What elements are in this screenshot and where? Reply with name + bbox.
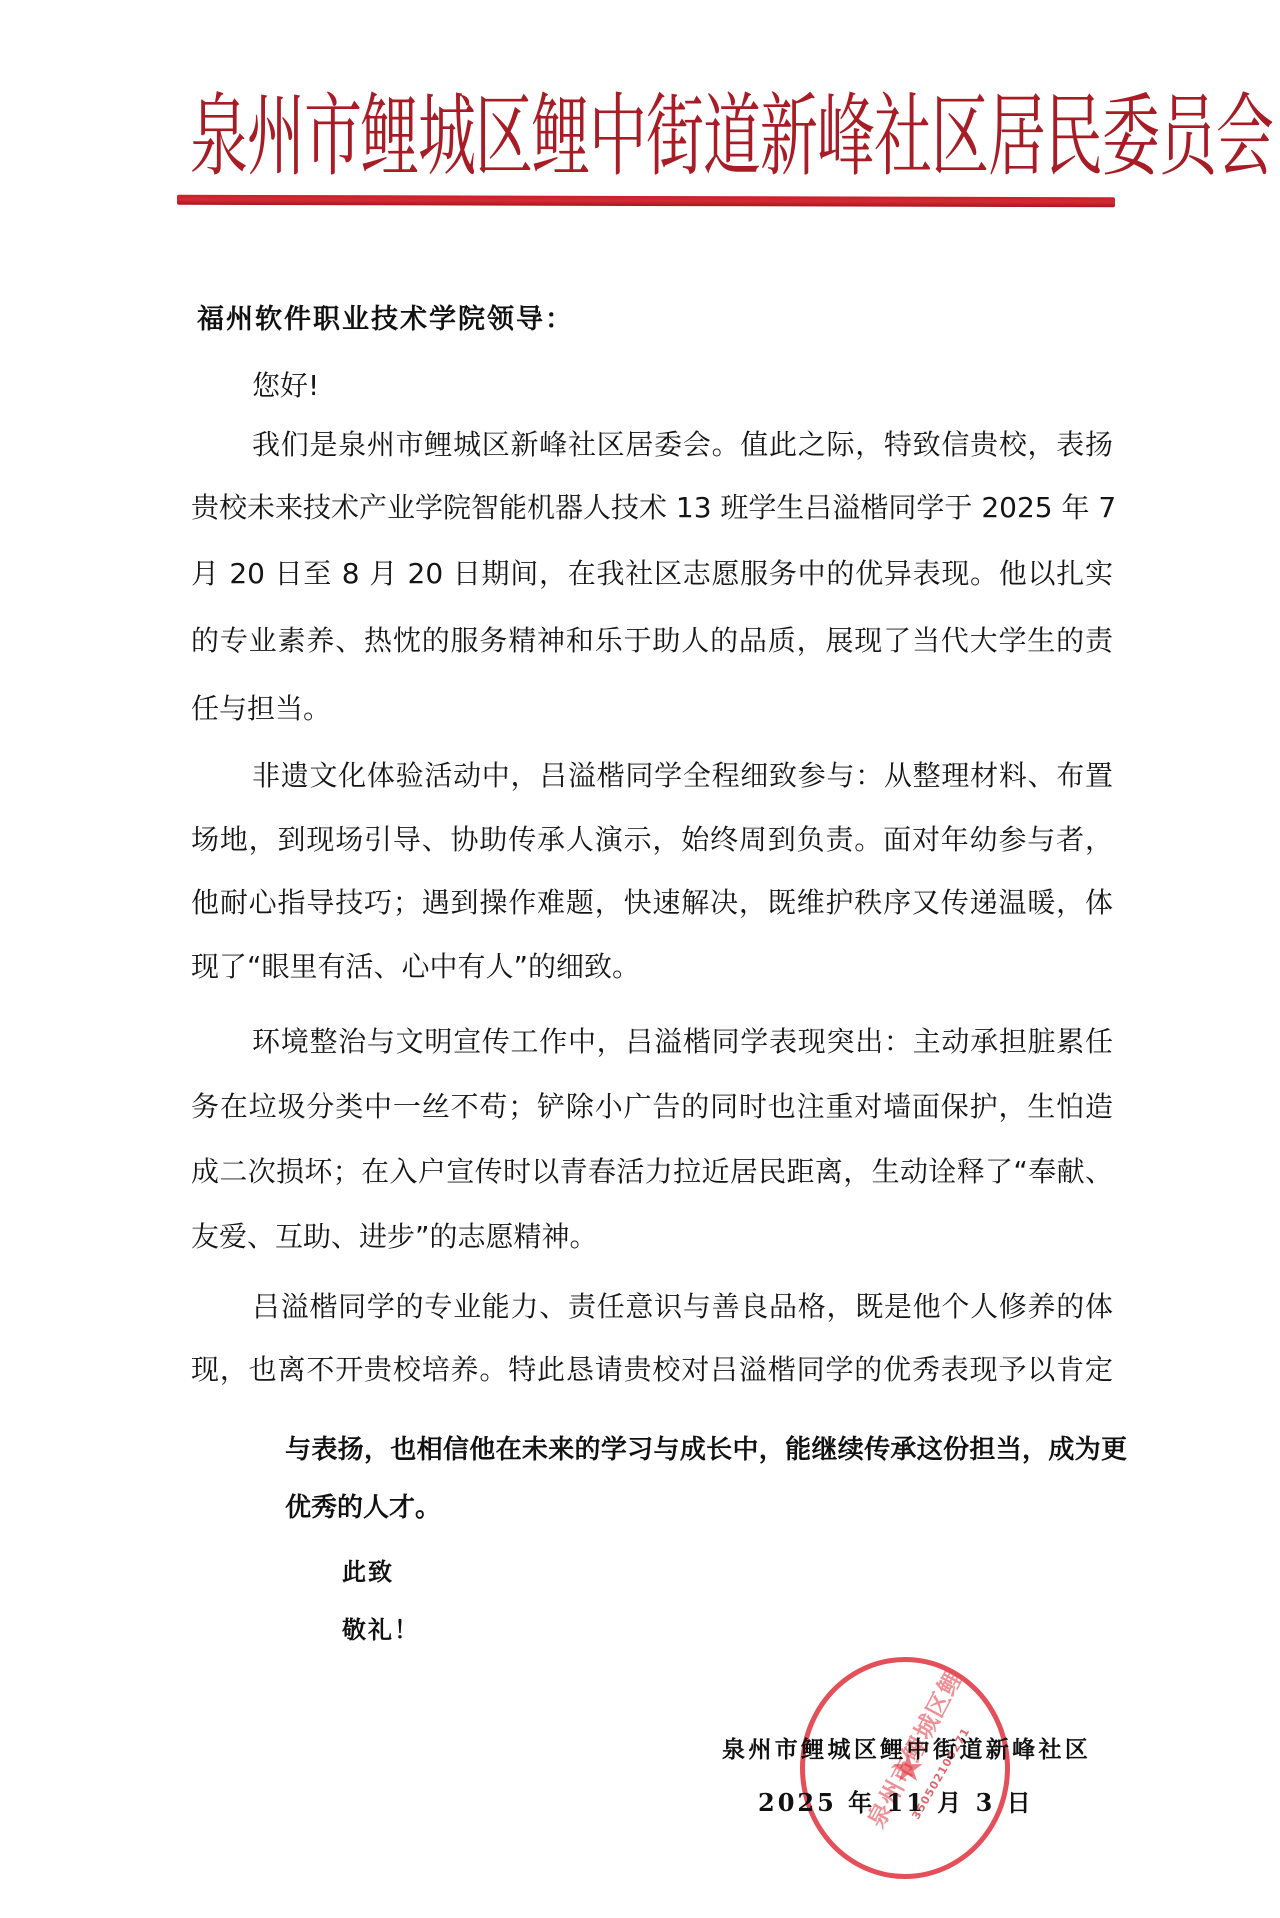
signature-organization: 泉州市鲤城区鲤中街道新峰社区: [722, 1734, 1088, 1766]
signature-char: 鲤: [880, 1734, 903, 1766]
signature-char: 区: [854, 1734, 877, 1766]
signature-char: 泉: [722, 1734, 745, 1766]
letterhead-title-char: 道: [703, 55, 760, 216]
letterhead-title-char: 泉: [190, 55, 247, 216]
letterhead-title-char: 鲤: [361, 55, 418, 216]
closing-jing-li: 敬礼！: [342, 1613, 420, 1647]
signature-char: 城: [828, 1734, 851, 1766]
letterhead-title-char: 会: [1216, 55, 1273, 216]
paragraph-3-line-4: 友爱、互助、进步”的志愿精神。: [191, 1217, 1113, 1257]
letterhead-title: 泉州市鲤城区鲤中街道新峰社区居民委员会: [190, 55, 1120, 216]
letterhead-title-char: 街: [646, 55, 703, 216]
paragraph-4-line-1: 吕溢楷同学的专业能力、责任意识与善良品格，既是他个人修养的体: [252, 1287, 1113, 1327]
letterhead-title-char: 委: [1102, 55, 1159, 216]
paragraph-2-line-2: 场地，到现场引导、协助传承人演示，始终周到负责。面对年幼参与者，: [191, 820, 1113, 860]
letterhead-title-char: 区: [475, 55, 532, 216]
signature-date: 2025 年 11 月 3 日: [758, 1787, 1034, 1819]
letterhead-title-char: 居: [988, 55, 1045, 216]
continuation-line-2: 优秀的人才。: [285, 1489, 1127, 1527]
salutation: 福州软件职业技术学院领导：: [197, 300, 574, 340]
letterhead-title-char: 民: [1045, 55, 1102, 216]
paragraph-1-line-4: 的专业素养、热忱的服务精神和乐于助人的品质，展现了当代大学生的责: [191, 621, 1113, 661]
letterhead-title-char: 新: [760, 55, 817, 216]
letterhead-title-char: 州: [247, 55, 304, 216]
letterhead-title-char: 峰: [817, 55, 874, 216]
paragraph-3-line-2: 务在垃圾分类中一丝不苟；铲除小广告的同时也注重对墙面保护，生怕造: [191, 1087, 1113, 1127]
letterhead-title-char: 鲤: [532, 55, 589, 216]
paragraph-1-line-5: 任与担当。: [191, 689, 1113, 729]
paragraph-1-line-1: 我们是泉州市鲤城区新峰社区居委会。值此之际，特致信贵校，表扬: [252, 425, 1113, 465]
signature-char: 街: [933, 1734, 956, 1766]
paragraph-2-line-4: 现了“眼里有活、心中有人”的细致。: [191, 947, 1113, 987]
signature-char: 道: [959, 1734, 982, 1766]
signature-char: 州: [748, 1734, 771, 1766]
signature-char: 峰: [1012, 1734, 1035, 1766]
paragraph-1-line-2: 贵校未来技术产业学院智能机器人技术 13 班学生吕溢楷同学于 2025 年 7: [191, 488, 1113, 528]
continuation-line-1: 与表扬，也相信他在未来的学习与成长中，能继续传承这份担当，成为更: [285, 1431, 1127, 1469]
signature-char: 社: [1039, 1734, 1062, 1766]
signature-char: 区: [1065, 1734, 1088, 1766]
letterhead-title-char: 中: [589, 55, 646, 216]
letterhead-title-char: 市: [304, 55, 361, 216]
signature-char: 市: [775, 1734, 798, 1766]
paragraph-2-line-1: 非遗文化体验活动中，吕溢楷同学全程细致参与：从整理材料、布置: [252, 756, 1113, 796]
letterhead-title-char: 社: [874, 55, 931, 216]
paragraph-2-line-3: 他耐心指导技巧；遇到操作难题，快速解决，既维护秩序又传递温暖，体: [191, 883, 1113, 923]
letterhead-title-char: 城: [418, 55, 475, 216]
official-seal-icon: 泉州市鲤城区鲤中街道新峰社区居民委员会 ★ 350502100271: [800, 1657, 1010, 1879]
greeting: 您好!: [252, 366, 319, 406]
paragraph-1-line-3: 月 20 日至 8 月 20 日期间，在我社区志愿服务中的优异表现。他以扎实: [191, 554, 1113, 594]
signature-char: 中: [907, 1734, 930, 1766]
letterhead-title-char: 区: [931, 55, 988, 216]
signature-char: 新: [986, 1734, 1009, 1766]
paragraph-4-line-2: 现，也离不开贵校培养。特此恳请贵校对吕溢楷同学的优秀表现予以肯定: [191, 1350, 1113, 1390]
letterhead-title-char: 员: [1159, 55, 1216, 216]
paragraph-3-line-1: 环境整治与文明宣传工作中，吕溢楷同学表现突出：主动承担脏累任: [252, 1022, 1113, 1062]
signature-char: 鲤: [801, 1734, 824, 1766]
paragraph-3-line-3: 成二次损坏；在入户宣传时以青春活力拉近居民距离，生动诠释了“奉献、: [191, 1152, 1113, 1192]
closing-ci-zhi: 此致: [342, 1555, 394, 1589]
